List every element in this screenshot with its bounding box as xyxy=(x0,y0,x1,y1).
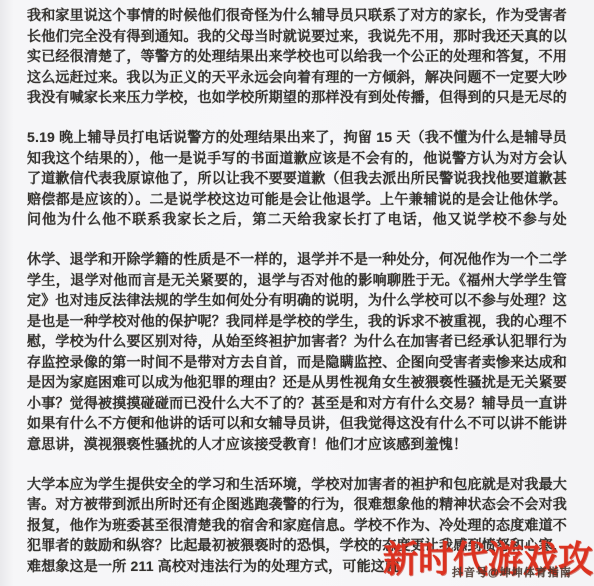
text-line: 慰，学校为什么要区别对待，从始至终袒护加害者？为什么在加害者已经承认犯罪行为并保 xyxy=(27,331,567,352)
text-line: 赔偿都是应该的）。二是说学校这边可能是会让他退学。上午兼辅说的是会让他休学。在我 xyxy=(27,189,567,210)
text-line: 小事？觉得被摸摸碰碰而已没什么大不了的？甚至是和对方有什么交易？辅导员一直讲说 xyxy=(27,393,567,414)
paragraph: 5.19 晚上辅导员打电话说警方的处理结果出来了，拘留 15 天（我不懂为什么是… xyxy=(27,127,567,230)
text-line: 知我这个结果的），他一是说手写的书面道歉应该是不会有的，他说警方认为对方会认为写 xyxy=(27,148,567,169)
document-body: 我和家里说这个事情的时候他们很奇怪为什么辅导员只联系了对方的家长，作为受害者的家… xyxy=(27,5,567,576)
text-line: 是也是一种学校对他的保护呢？我同样是学校的学生，我的诉求不被重视，我的心理不被安 xyxy=(27,311,567,332)
text-line: 了道歉信代表我原谅他了，所以让我不要要道歉（但我去派出所民警说我找他要道歉甚至要 xyxy=(27,168,567,189)
text-line: 5.19 晚上辅导员打电话说警方的处理结果出来了，拘留 15 天（我不懂为什么是… xyxy=(27,127,567,148)
text-line: 问他为什么他不联系我家长之后，第二天给我家长打了电话，他又说学校不参与处理？？ xyxy=(27,209,567,230)
paragraph: 休学、退学和开除学籍的性质是不一样的，退学并不是一种处分，何况他作为一个二学位的… xyxy=(27,249,567,454)
screenshot-root: 我和家里说这个事情的时候他们很奇怪为什么辅导员只联系了对方的家长，作为受害者的家… xyxy=(0,0,594,586)
text-line: 学生，退学对他而言是无关紧要的，退学与否对他的影响聊胜于无。《福州大学学生管理规 xyxy=(27,270,567,291)
text-line: 意思讲，漠视猥亵性骚扰的人才应该接受教育！他们才应该感到羞愧！ xyxy=(27,434,567,455)
text-line: 报复，他作为班委甚至很清楚我的宿舍和家庭信息。学校不作为、冷处理的态度难道不是对 xyxy=(27,515,567,536)
text-line: 长他们完全没有得到通知。我的父母当时就说要过来，我说先不用，那时我还天真的以为事 xyxy=(27,26,567,47)
text-line: 休学、退学和开除学籍的性质是不一样的，退学并不是一种处分，何况他作为一个二学位的 xyxy=(27,249,567,270)
text-line: 我没有喊家长来压力学校，也如学校所期望的那样没有到处传播，但得到的只是无尽的轻视… xyxy=(27,87,567,108)
paragraph: 我和家里说这个事情的时候他们很奇怪为什么辅导员只联系了对方的家长，作为受害者的家… xyxy=(27,5,567,108)
text-line: 实已经很清楚了，等警方的处理结果出来学校也可以给我一个公正的处理和答复，不用他们 xyxy=(27,46,567,67)
text-line: 这么远赶过来。我以为正义的天平永远会向着有理的一方倾斜，解决问题不一定要大吵大闹… xyxy=(27,67,567,88)
text-line: 是因为家庭困难可以成为他犯罪的理由？还是从男性视角女生被猥亵性骚扰是无关紧要的 xyxy=(27,372,567,393)
text-line: 我和家里说这个事情的时候他们很奇怪为什么辅导员只联系了对方的家长，作为受害者的家 xyxy=(27,5,567,26)
text-line: 如果有什么不方便和他讲的话可以和女辅导员讲，但我觉得这没有什么不可以讲不能讲不好 xyxy=(27,413,567,434)
watermark-caption: 抖音号@坤坤体育指南 xyxy=(452,566,572,580)
text-line: 害。对方被带到派出所时还有企图逃跑袭警的行为，很难想象他的精神状态会不会对我进行 xyxy=(27,494,567,515)
text-line: 定》也对违反法律法规的学生如何处分有明确的说明，为什么学校可以不参与处理？这是不 xyxy=(27,290,567,311)
text-line: 大学本应为学生提供安全的学习和生活环境，学校对加害者的袒护和包庇就是对我最大的伤 xyxy=(27,474,567,495)
text-line: 存监控录像的第一时间不是带对方去自首，而是隐瞒监控、企图向受害者卖惨来达成和解？ xyxy=(27,352,567,373)
